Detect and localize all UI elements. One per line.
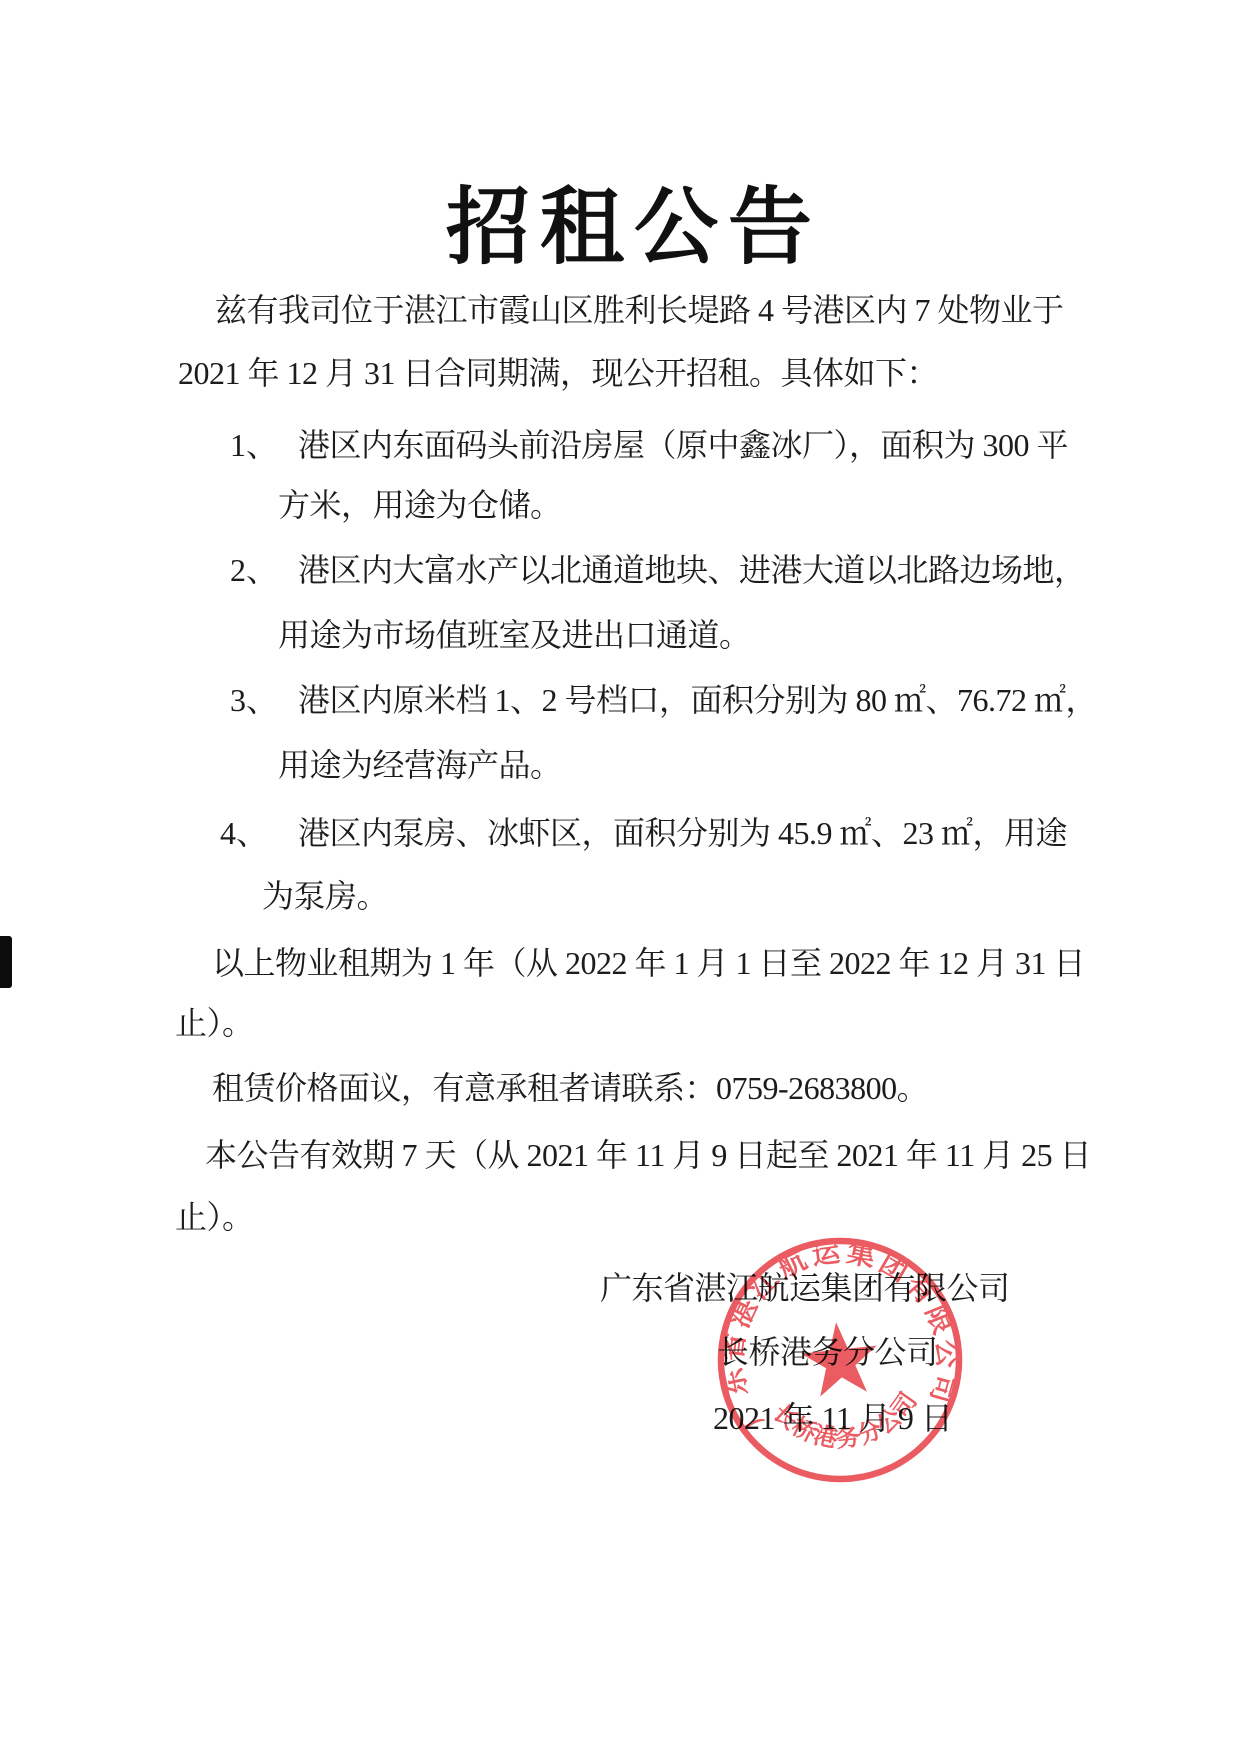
validity-line-1: 本公告有效期 7 天（从 2021 年 11 月 9 日起至 2021 年 11… xyxy=(205,1130,1091,1176)
item-1-line-1: 港区内东面码头前沿房屋（原中鑫冰厂），面积为 300 平 xyxy=(298,420,1068,466)
item-4-number: 4、 xyxy=(220,808,268,854)
company-seal-stamp: 广东省湛江航运集团有限公司 长桥港务分公司 xyxy=(710,1230,970,1490)
item-3-line-1: 港区内原米档 1、2 号档口，面积分别为 80 ㎡、76.72 ㎡， xyxy=(298,675,1097,721)
intro-line-1: 兹有我司位于湛江市霞山区胜利长堤路 4 号港区内 7 处物业于 xyxy=(215,285,1064,331)
item-4-line-2: 为泵房。 xyxy=(262,871,388,917)
intro-line-2: 2021 年 12 月 31 日合同期满，现公开招租。具体如下： xyxy=(178,348,938,394)
scan-artifact-left-edge xyxy=(0,936,12,988)
validity-line-2: 止）。 xyxy=(175,1192,254,1238)
term-line-2: 止）。 xyxy=(175,998,254,1044)
item-4-line-1: 港区内泵房、冰虾区，面积分别为 45.9 ㎡、23 ㎡，用途 xyxy=(298,808,1067,854)
item-2-line-1: 港区内大富水产以北通道地块、进港大道以北路边场地， xyxy=(298,545,1086,591)
seal-bottom-text: 长桥港务分公司 xyxy=(766,1385,927,1460)
page-title: 招租公告 xyxy=(446,160,822,281)
item-2-number: 2、 xyxy=(230,545,278,591)
document-page: 招租公告 兹有我司位于湛江市霞山区胜利长堤路 4 号港区内 7 处物业于 202… xyxy=(0,0,1240,1753)
item-3-line-2: 用途为经营海产品。 xyxy=(278,740,562,786)
item-1-line-2: 方米，用途为仓储。 xyxy=(278,480,562,526)
item-3-number: 3、 xyxy=(230,675,278,721)
term-line-1: 以上物业租期为 1 年（从 2022 年 1 月 1 日至 2022 年 12 … xyxy=(212,938,1085,984)
item-2-line-2: 用途为市场值班室及进出口通道。 xyxy=(278,610,751,656)
seal-star-icon xyxy=(798,1318,881,1398)
item-1-number: 1、 xyxy=(230,420,278,466)
price-contact-line: 租赁价格面议，有意承租者请联系：0759-2683800。 xyxy=(212,1063,928,1109)
